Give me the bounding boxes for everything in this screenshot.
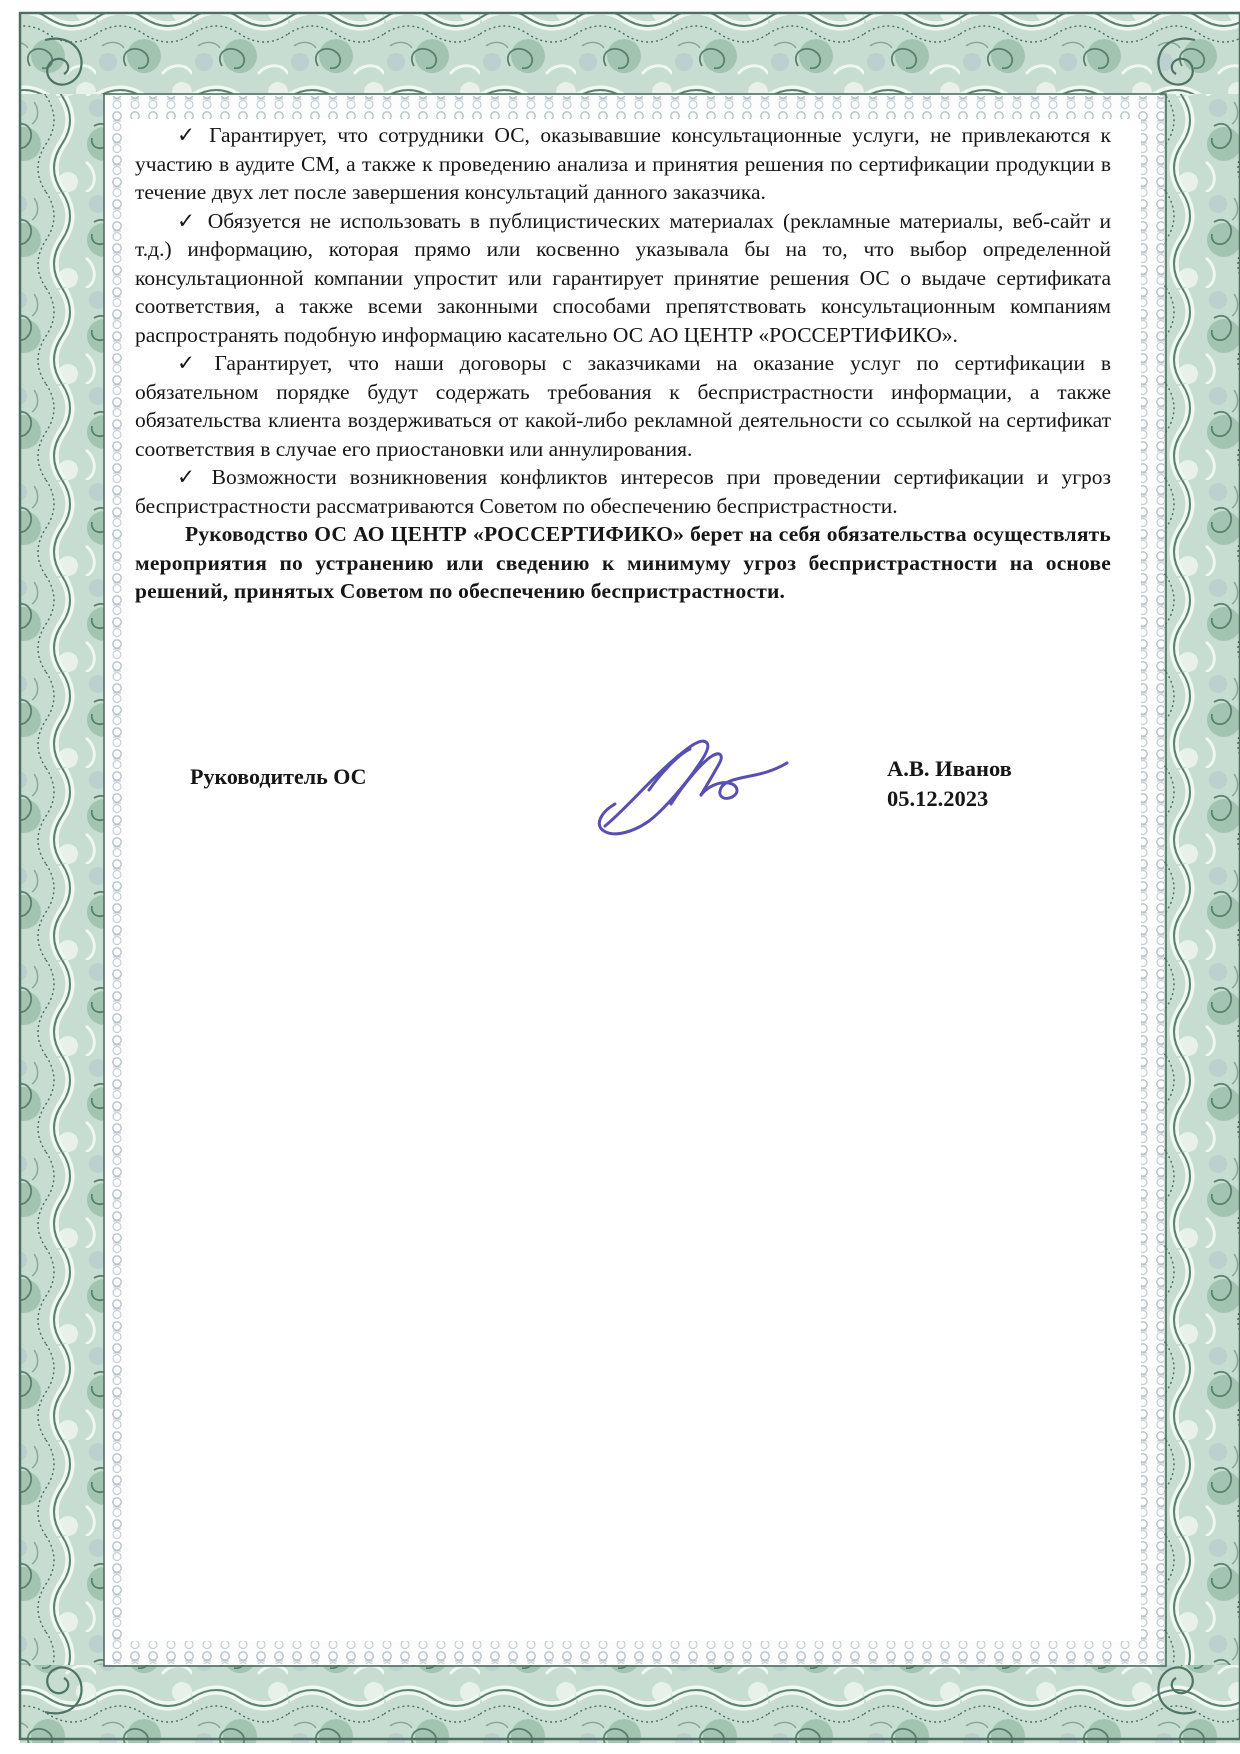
signature-ink [587,730,797,848]
paragraph-text: Возможности возникновения конфликтов инт… [135,465,1111,518]
signature-block: Руководитель ОС А.В. Иванов 05.12.2023 [135,752,1111,892]
paragraph-contracts: ✓Гарантирует, что наши договоры с заказч… [135,349,1111,463]
paragraph-conflicts: ✓Возможности возникновения конфликтов ин… [135,463,1111,520]
signatory-role-label: Руководитель ОС [190,764,367,790]
check-mark-icon: ✓ [177,123,209,147]
signatory-name-date: А.В. Иванов 05.12.2023 [887,754,1012,814]
paragraph-text: Обязуется не использовать в публицистиче… [135,209,1111,347]
paragraph-text: Руководство ОС АО ЦЕНТР «РОССЕРТИФИКО» б… [135,522,1111,603]
signatory-name: А.В. Иванов [887,754,1012,784]
document-body: ✓Гарантирует, что сотрудники ОС, оказыва… [135,121,1111,892]
paragraph-guarantee-staff: ✓Гарантирует, что сотрудники ОС, оказыва… [135,121,1111,207]
check-mark-icon: ✓ [177,209,208,233]
paragraph-text: Гарантирует, что наши договоры с заказчи… [135,351,1111,461]
check-mark-icon: ✓ [177,351,215,375]
signature-date: 05.12.2023 [887,784,1012,814]
paragraph-text: Гарантирует, что сотрудники ОС, оказывав… [135,123,1111,204]
paragraph-management-commitment: Руководство ОС АО ЦЕНТР «РОССЕРТИФИКО» б… [135,520,1111,606]
certificate-page: ✓Гарантирует, что сотрудники ОС, оказыва… [0,0,1240,1754]
paragraph-no-advertising: ✓Обязуется не использовать в публицистич… [135,207,1111,350]
check-mark-icon: ✓ [177,465,212,489]
